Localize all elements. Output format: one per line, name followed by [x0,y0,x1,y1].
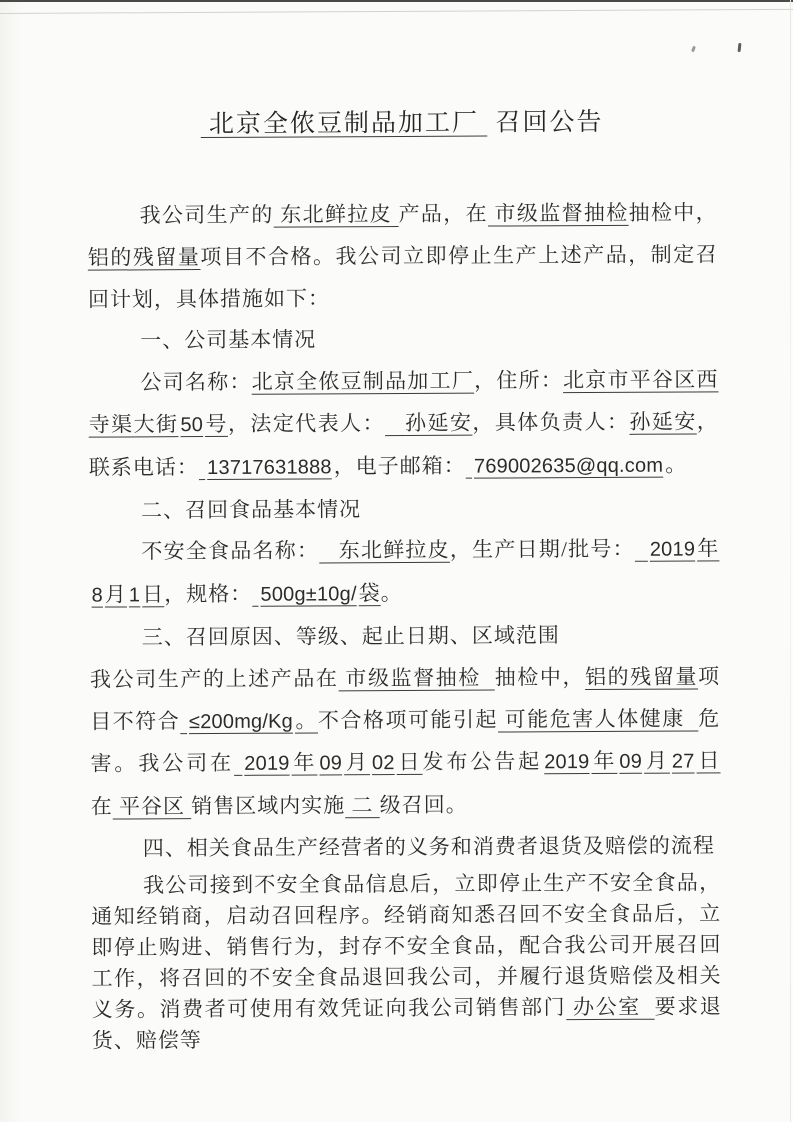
filled-blank-text: 铝的残留量 [88,245,201,270]
filled-blank-text: 北京全侬豆制品加工厂 [252,369,475,394]
filled-blank-text [385,411,405,435]
filled-blank-text: 年 [591,749,617,773]
section-2-body: 不安全食品名称： 东北鲜拉皮，生产日期/批号： 2019年8月1日，规格： 50… [89,529,719,618]
section-1-body: 公司名称：北京全侬豆制品加工厂，住所：北京市平谷区西寺渠大街50号，法定代表人：… [88,360,719,491]
text-run: 级召回。 [380,793,468,817]
text-run: 发布公告起 [422,750,542,775]
filled-blank-text: 东北鲜拉皮 [274,202,399,227]
filled-blank-text: 东北鲜拉皮 [319,538,450,563]
filled-blank-text: 二 [345,793,380,817]
filled-blank-text: 2019 [648,539,697,561]
filled-blank-text: 769002635@qq.com [472,454,665,477]
scan-top-edge-line [0,0,793,2]
filled-blank-text: 1 [127,585,142,607]
scanned-document-page: 北京全侬豆制品加工厂 召回公告 我公司生产的 东北鲜拉皮 产品，在 市级监督抽检… [0,0,793,1122]
filled-blank-text: 平谷区 [113,794,192,818]
filled-blank-text: 日 [696,749,720,773]
filled-blank-text: 月 [644,749,670,773]
text-run: 我公司生产的上述产品在 [90,666,339,691]
filled-blank-text [234,751,242,775]
section-4-heading: 四、相关食品生产经营者的义务和消费者退货及赔偿的流程 [91,825,721,870]
filled-blank-text: 8 [90,585,105,607]
filled-blank-text: 孙延安 [405,411,472,435]
scan-speck [691,46,696,53]
filled-blank-text: 袋 [359,581,381,605]
document-content: 北京全侬豆制品加工厂 召回公告 我公司生产的 东北鲜拉皮 产品，在 市级监督抽检… [87,102,722,1056]
filled-blank-text: 50 [178,414,205,436]
text-run: 。 [381,581,403,605]
filled-blank-text: 办公室 [566,994,654,1018]
filled-blank-text: 铝的残留量 [585,664,698,689]
filled-blank-text: 月 [105,583,127,607]
filled-blank-text: 2019 [242,753,291,775]
section-1-heading: 一、公司基本情况 [88,318,718,363]
filled-blank-text: 号 [205,412,228,436]
filled-blank-text: 09 [317,753,344,775]
scan-speck [738,43,742,52]
text-run: ，具体负责人： [472,410,629,435]
filled-blank-text: 年 [291,751,317,775]
document-title: 北京全侬豆制品加工厂 召回公告 [87,102,717,145]
text-run: ，生产日期/批号： [450,537,635,562]
filled-blank-text: 09 [617,751,644,773]
filled-blank-text: 可能危害人体健康 [498,706,698,731]
filled-blank-text: 日 [142,582,164,606]
filled-blank-text: 市级监督抽检 [488,201,629,226]
filled-blank-text: 日 [397,750,423,774]
text-run: 。 [665,452,687,476]
filled-blank-text: 500g±10g/ [258,583,358,606]
filled-blank-text [635,537,648,561]
text-run: 不安全食品名称： [141,539,319,564]
filled-blank-text: ≤200mg/Kg [187,710,295,733]
text-run: ，规格： [164,582,252,606]
section-2-heading: 二、召回食品基本情况 [89,487,719,532]
text-run: 销售区域内实施 [191,793,345,818]
filled-blank-text: 2019 [542,751,591,773]
filled-blank-text: 月 [344,751,370,775]
text-run: 抽检中， [495,665,586,689]
filled-blank-text: 02 [370,752,397,774]
text-run: 召回公告 [487,109,603,137]
text-run: ，法定代表人： [228,411,385,436]
filled-blank-text: 孙延安 [629,409,696,433]
filled-blank-text: 27 [670,751,697,773]
intro-paragraph: 我公司生产的 东北鲜拉皮 产品，在 市级监督抽检抽检中，铝的残留量项目不合格。我… [87,192,718,321]
text-run: 产品，在 [398,202,487,226]
text-run: 我公司生产的 [140,203,274,228]
text-run: 在 [91,795,113,819]
section-4-body: 我公司接到不安全食品信息后，立即停止生产不安全食品，通知经销商，启动召回程序。经… [91,867,722,1056]
filled-blank-text: 北京全侬豆制品加工厂 [201,110,488,138]
filled-blank-text: 。 [295,708,318,732]
text-run: ，电子邮箱： [334,453,466,478]
filled-blank-text [180,709,187,733]
text-run: 不合格项可能引起 [318,707,498,732]
filled-blank-text: 市级监督抽检 [338,665,494,690]
filled-blank-text: 年 [697,537,719,561]
text-run: ，住所： [474,368,563,392]
section-3-body: 我公司生产的上述产品在 市级监督抽检 抽检中，铝的残留量项目不符合 ≤200mg… [90,656,721,828]
text-run: 抽检中， [629,200,718,224]
paper-right-edge [790,0,791,1122]
text-run: 公司名称： [140,370,251,395]
paper-edge-line [0,9,793,14]
section-3-heading: 三、召回原因、等级、起止日期、区域范围 [90,614,720,659]
filled-blank-text: 13717631888 [205,456,334,479]
